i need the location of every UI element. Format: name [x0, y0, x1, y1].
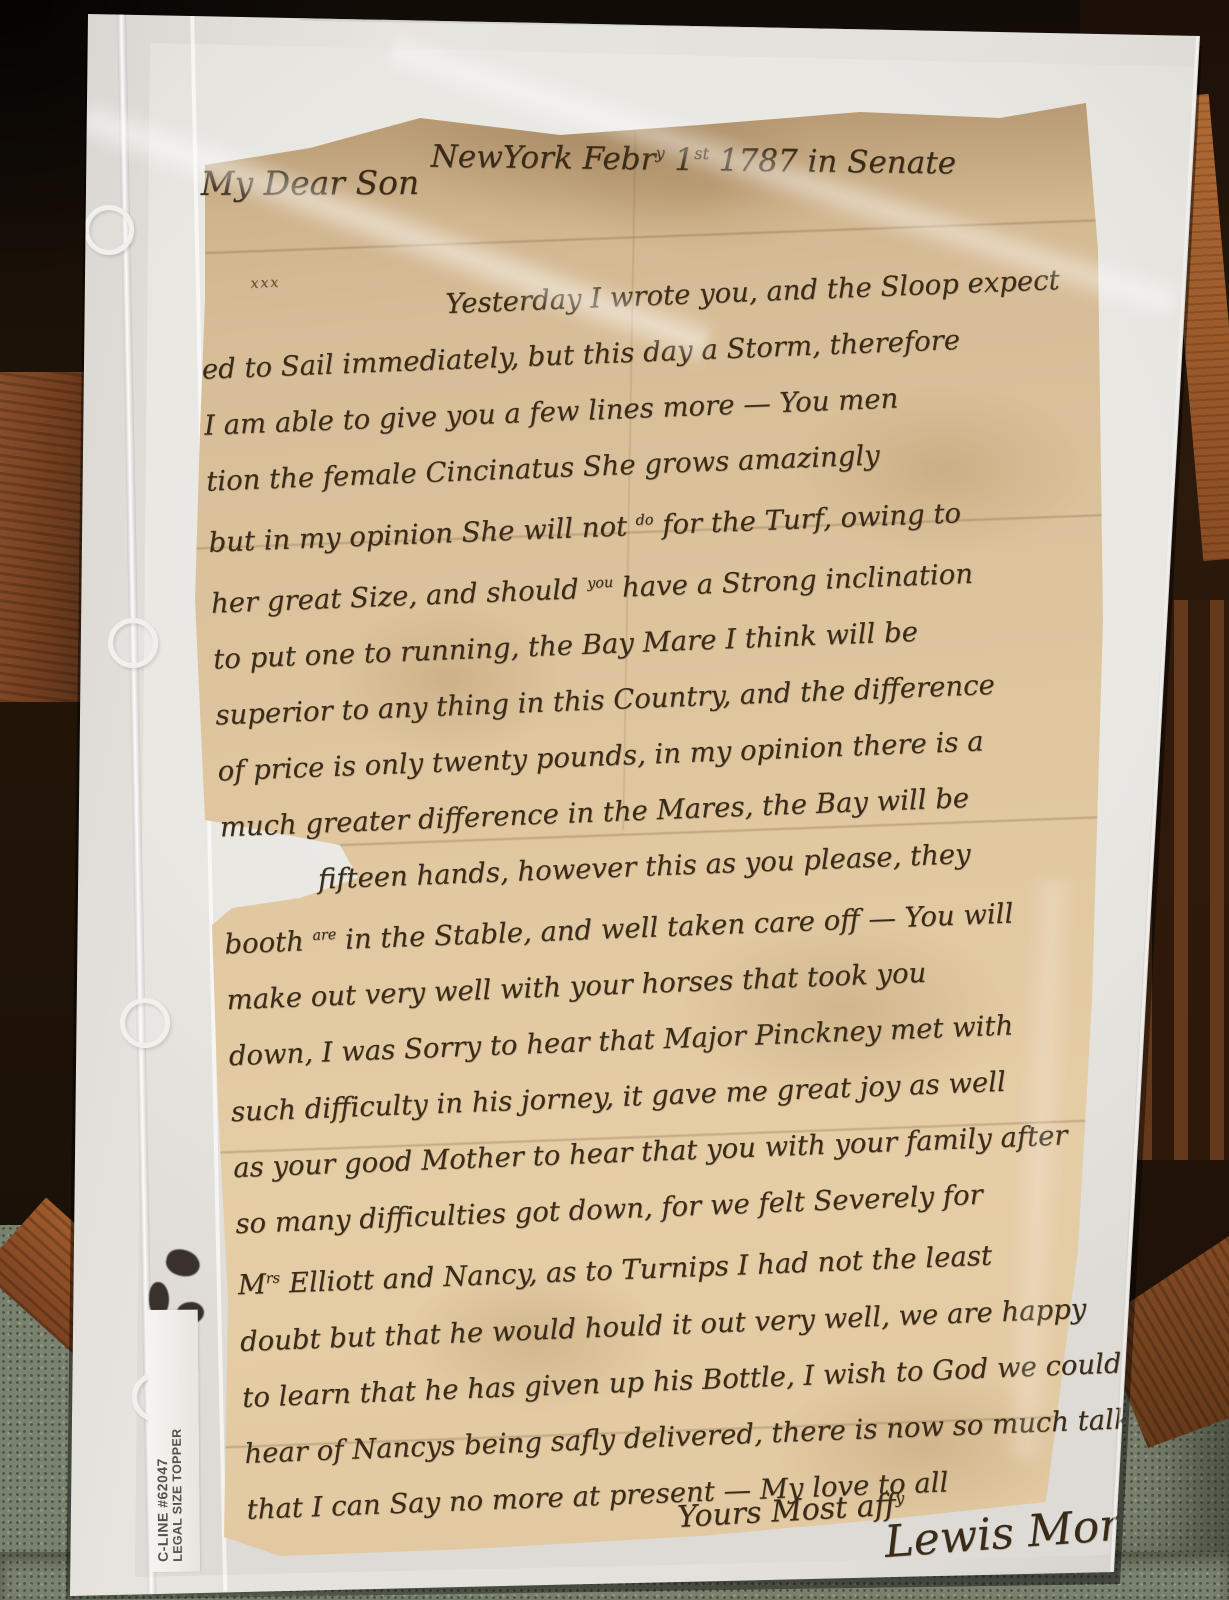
- binder-hole: [84, 205, 134, 255]
- binder-hole: [108, 618, 158, 668]
- photo-scene: C-LINE #62047 LEGAL SIZE TOPPER NewYork …: [0, 0, 1229, 1600]
- sleeve-label-line2: LEGAL SIZE TOPPER: [169, 1320, 185, 1562]
- plastic-sheet-protector: C-LINE #62047 LEGAL SIZE TOPPER NewYork …: [0, 0, 1229, 1600]
- sleeve-product-label: C-LINE #62047 LEGAL SIZE TOPPER: [148, 1310, 200, 1572]
- binder-hole: [120, 998, 170, 1048]
